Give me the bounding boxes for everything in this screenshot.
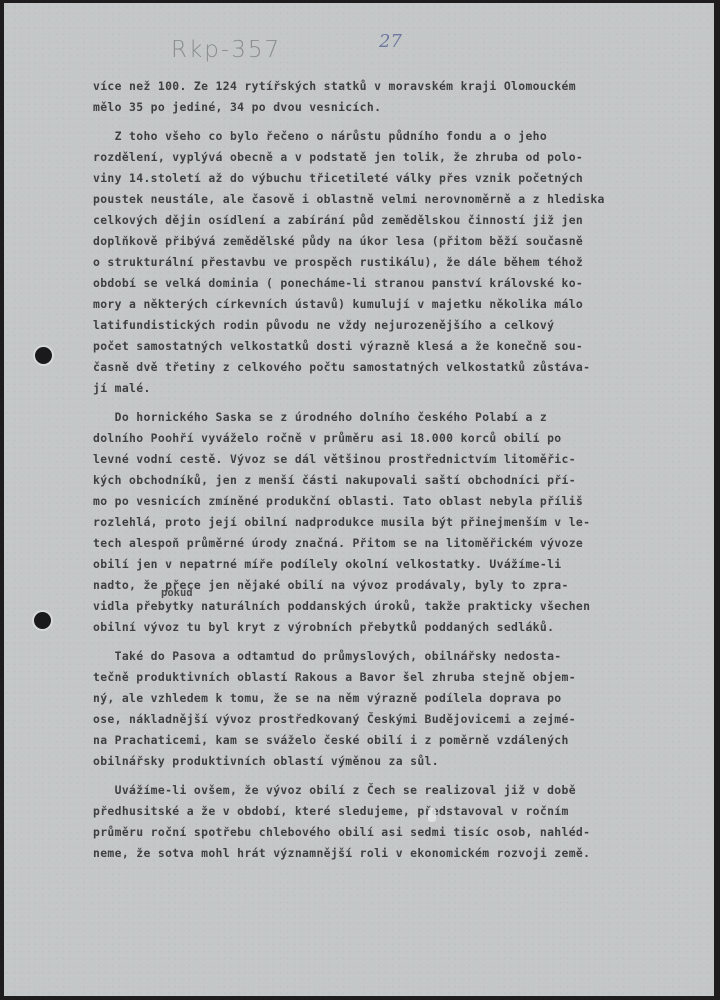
text-line: Také do Pasova a odtamtud do průmyslovýc… <box>93 646 713 667</box>
text-line: latifundistických rodin původu ne vždy n… <box>93 315 713 336</box>
text-line: průměru roční spotřebu chlebového obilí … <box>93 822 713 843</box>
paragraph-gap <box>93 772 713 780</box>
text-line: vidla přebytky naturálních poddanských ú… <box>93 596 713 617</box>
paragraph: Uvážíme-li ovšem, že vývoz obilí z Čech … <box>93 780 713 864</box>
text-line: ose, nákladnější vývoz prostředkovaný Če… <box>93 709 713 730</box>
text-line: poustek neustále, ale časově i oblastně … <box>93 189 713 210</box>
text-line: na Prachaticemi, kam se sváželo české ob… <box>93 730 713 751</box>
shelfmark-stamp: Rkp-357 <box>171 37 281 63</box>
punch-hole-icon <box>34 612 51 629</box>
text-line: celkových dějin osídlení a zabírání půd … <box>93 210 713 231</box>
text-line: Z toho všeho co bylo řečeno o nárůstu pů… <box>93 126 713 147</box>
text-line: levné vodní cestě. Vývoz se dál většinou… <box>93 449 713 470</box>
text-line: Do hornického Saska se z úrodného dolníh… <box>93 407 713 428</box>
text-line: doplňkově přibývá zemědělské půdy na úko… <box>93 231 713 252</box>
text-line: období se velká dominia ( ponecháme-li s… <box>93 273 713 294</box>
typewritten-page: Rkp-357 27 více než 100. Ze 124 rytířský… <box>4 3 714 996</box>
paper-smudge <box>428 808 436 822</box>
folio-number: 27 <box>379 31 402 52</box>
text-line: rozlehlá, proto její obilní nadprodukce … <box>93 512 713 533</box>
text-line: o strukturální přestavbu ve prospěch rus… <box>93 252 713 273</box>
text-line: mory a některých církevních ústavů) kumu… <box>93 294 713 315</box>
text-line: viny 14.století až do výbuchu třicetilet… <box>93 168 713 189</box>
text-line: časně dvě třetiny z celkového počtu samo… <box>93 357 713 378</box>
text-line: obilí jen v nepatrné míře podílely okoln… <box>93 554 713 575</box>
text-line: tečně produktivních oblastí Rakous a Bav… <box>93 667 713 688</box>
punch-hole-icon <box>35 347 52 364</box>
text-line: více než 100. Ze 124 rytířských statků v… <box>93 76 713 97</box>
text-line: neme, že sotva mohl hrát významnější rol… <box>93 843 713 864</box>
text-line: jí malé. <box>93 378 713 399</box>
text-line: tech alespoň průměrné úrody značná. Přit… <box>93 533 713 554</box>
text-line: Uvážíme-li ovšem, že vývoz obilí z Čech … <box>93 780 713 801</box>
paragraph: Z toho všeho co bylo řečeno o nárůstu pů… <box>93 126 713 399</box>
handwritten-insertion: pokud <box>161 587 193 599</box>
text-line: počet samostatných velkostatků dosti výr… <box>93 336 713 357</box>
paragraph: více než 100. Ze 124 rytířských statků v… <box>93 76 713 118</box>
text-line: kých obchodníků, jen z menší části nakup… <box>93 470 713 491</box>
text-line: předhusitské a že v období, které sleduj… <box>93 801 713 822</box>
paragraph: Také do Pasova a odtamtud do průmyslovýc… <box>93 646 713 772</box>
paragraph-gap <box>93 399 713 407</box>
paragraph-gap <box>93 118 713 126</box>
paragraph-gap <box>93 638 713 646</box>
text-line: mo po vesnicích zmíněné produkční oblast… <box>93 491 713 512</box>
text-line: dolního Poohří vyváželo ročně v průměru … <box>93 428 713 449</box>
paragraph: Do hornického Saska se z úrodného dolníh… <box>93 407 713 638</box>
text-line: mělo 35 po jediné, 34 po dvou vesnicích. <box>93 97 713 118</box>
text-line: rozdělení, vyplývá obecně a v podstatě j… <box>93 147 713 168</box>
text-line: obilní vývoz tu byl kryt z výrobních pře… <box>93 617 713 638</box>
text-line: ný, ale vzhledem k tomu, že se na něm vý… <box>93 688 713 709</box>
body-text: více než 100. Ze 124 rytířských statků v… <box>93 76 713 864</box>
text-line: obilnářsky produktivních oblastí výměnou… <box>93 751 713 772</box>
